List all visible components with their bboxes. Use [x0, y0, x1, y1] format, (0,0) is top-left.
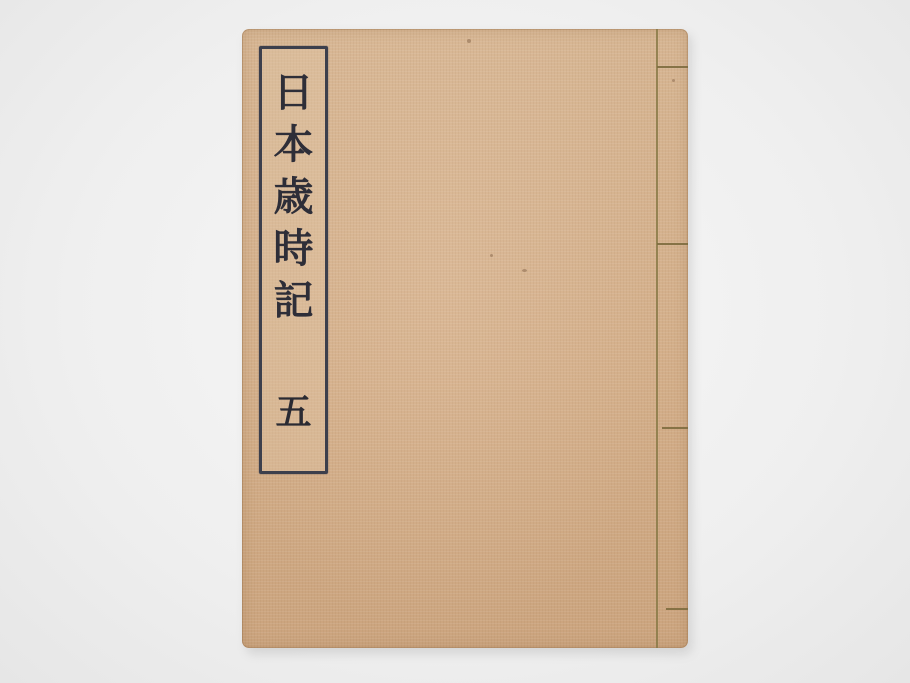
cover-speck	[522, 269, 527, 272]
title-char: 本	[274, 119, 314, 171]
title-char: 日	[274, 67, 314, 119]
title-char: 記	[274, 275, 314, 327]
binding-stitch	[666, 608, 688, 610]
title-char: 時	[274, 223, 314, 275]
volume-number: 五	[262, 384, 325, 435]
title-label: 日 本 歳 時 記 五	[259, 46, 328, 474]
binding-stitch	[662, 427, 688, 429]
binding-stitch	[657, 66, 688, 68]
book-title: 日 本 歳 時 記	[262, 67, 325, 327]
title-char: 歳	[274, 171, 314, 223]
cover-speck	[490, 254, 493, 257]
cover-speck	[672, 79, 675, 82]
book-cover: 日 本 歳 時 記 五	[242, 29, 688, 648]
cover-speck	[467, 39, 471, 43]
binding-line	[656, 29, 658, 648]
binding-stitch	[657, 243, 688, 245]
